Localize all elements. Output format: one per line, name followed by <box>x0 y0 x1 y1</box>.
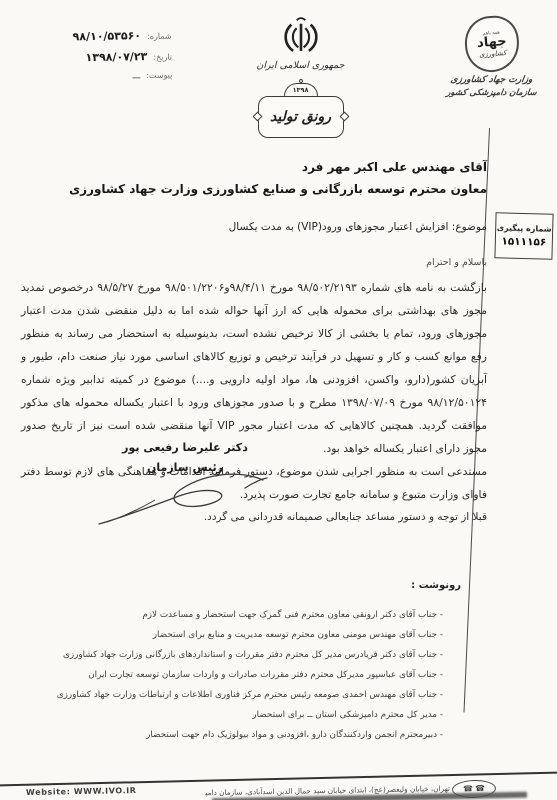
addressee-name: آقای مهندس علی اکبر مهر فرد <box>21 160 487 174</box>
jihad-agriculture-logo-icon: همه باهم جهاد کشاورزی <box>463 14 521 74</box>
signer-name: دکتر علیرضا رفیعی پور <box>95 441 275 454</box>
organization-name: سازمان دامپزشکی کشور <box>433 88 549 98</box>
cc-item: - مدیر کل محترم دامپزشکی استان ــ برای ا… <box>21 705 487 725</box>
production-stamp: ۱۳۹۸ رونق تولید <box>258 79 344 138</box>
header-logo-block: همه باهم جهاد کشاورزی وزارت جهاد کشاورزی… <box>434 16 549 98</box>
tracking-value: ۱۵۱۱۱۵۶ <box>501 235 546 248</box>
header-emblem-block: جمهوری اسلامی ایران ۱۳۹۸ رونق تولید <box>228 14 373 138</box>
subject-line: موضوع: افزایش اعتبار مجوزهای ورود(VIP) ب… <box>21 221 487 233</box>
ministry-name: وزارت جهاد کشاورزی <box>433 75 549 85</box>
letter-number-row: شماره: ۹۸/۱۰/۵۳۵۶۰ <box>11 29 171 45</box>
letter-page: شماره: ۹۸/۱۰/۵۳۵۶۰ تاریخ: ۱۳۹۸/۰۷/۲۳ پیو… <box>0 0 557 800</box>
cc-item: - جناب آقای مهندس مومنی معاون محترم توسع… <box>21 625 487 645</box>
number-value: ۹۸/۱۰/۵۳۵۶۰ <box>72 29 141 43</box>
signature-scribble-icon <box>95 466 275 528</box>
logo-line2: کشاورزی <box>478 49 506 59</box>
addressee-title: معاون محترم توسعه بازرگانی و صنایع کشاور… <box>21 182 487 196</box>
header-number-block: شماره: ۹۸/۱۰/۵۳۵۶۰ تاریخ: ۱۳۹۸/۰۷/۲۳ پیو… <box>11 29 172 92</box>
cc-item: - جناب آقای دکتر ارونقی معاون محترم فنی … <box>21 605 487 625</box>
letter-date-row: تاریخ: ۱۳۹۸/۰۷/۲۳ <box>12 50 172 66</box>
stamp-box: رونق تولید <box>258 96 344 138</box>
number-label: شماره: <box>147 32 172 41</box>
cc-item: - جناب آقای مهندس احمدی صومعه رئیس محترم… <box>21 685 487 705</box>
date-label: تاریخ: <box>153 53 172 62</box>
cc-item: - دبیرمحترم انجمن واردکنندگان دارو ،افزو… <box>21 725 487 745</box>
date-value: ۱۳۹۸/۰۷/۲۳ <box>85 50 147 64</box>
website-text: Website: WWW.IVO.IR <box>26 786 137 797</box>
letter-attachment-row: پیوست: ـــ <box>12 71 172 84</box>
cc-item: - جناب آقای دکتر فریادرس مدیر کل محترم د… <box>21 645 487 665</box>
body-paragraph: بازگشت به نامه های شماره ۹۸/۵۰۲/۲۱۹۳ مور… <box>21 276 487 460</box>
cc-section: رونوشت : - جناب آقای دکتر ارونقی معاون م… <box>21 580 487 745</box>
stamp-handle-icon <box>252 112 262 122</box>
stamp-slogan: رونق تولید <box>270 109 331 125</box>
attachment-label: پیوست: <box>146 71 172 80</box>
salutation: باسلام و احترام <box>21 257 487 268</box>
tracking-number-box: شماره پیگیری ۱۵۱۱۱۵۶ <box>494 212 553 260</box>
cc-item: - جناب آقای عباسپور مدیرکل محترم دفتر مق… <box>21 665 487 685</box>
stamp-handle-icon <box>339 112 349 122</box>
attachment-value: ـــ <box>132 71 140 81</box>
stamp-year: ۱۳۹۸ <box>284 83 318 96</box>
tracking-label: شماره پیگیری <box>497 223 552 233</box>
country-name: جمهوری اسلامی ایران <box>228 60 373 71</box>
cc-label: رونوشت : <box>21 580 487 591</box>
signature-block: دکتر علیرضا رفیعی پور رئیس سازمان <box>95 441 275 528</box>
iran-emblem-icon <box>280 14 322 58</box>
